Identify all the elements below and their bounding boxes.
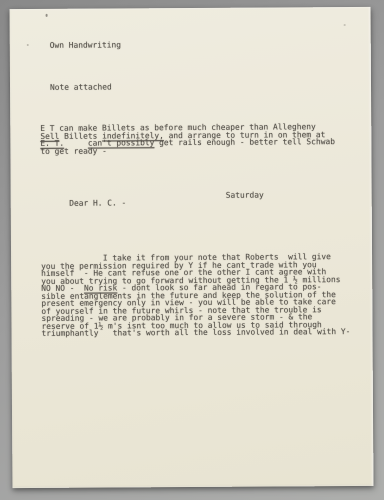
handwriting-annotation: Own Handwriting <box>40 40 360 49</box>
letter-line: triumphantly that's worth all the loss i… <box>42 328 362 337</box>
salutation-line: Dear H. C. - Saturday <box>41 190 361 222</box>
date-label: Saturday <box>226 191 264 199</box>
memo-paragraph: E T can make Billets as before much chea… <box>40 123 360 155</box>
letter-text: Own Handwriting Note attached E T can ma… <box>40 25 362 352</box>
letter-paper: Own Handwriting Note attached E T can ma… <box>10 7 374 488</box>
salutation: Dear H. C. - <box>69 198 126 207</box>
note-attached-label: Note attached <box>40 81 360 90</box>
paper-speck <box>27 44 29 46</box>
body-paragraph: I take it from your note that Roberts wi… <box>41 253 361 337</box>
scan-background: { "colors": { "backdrop": "#9d9d9d", "pa… <box>0 0 384 500</box>
paper-speck <box>46 14 48 17</box>
